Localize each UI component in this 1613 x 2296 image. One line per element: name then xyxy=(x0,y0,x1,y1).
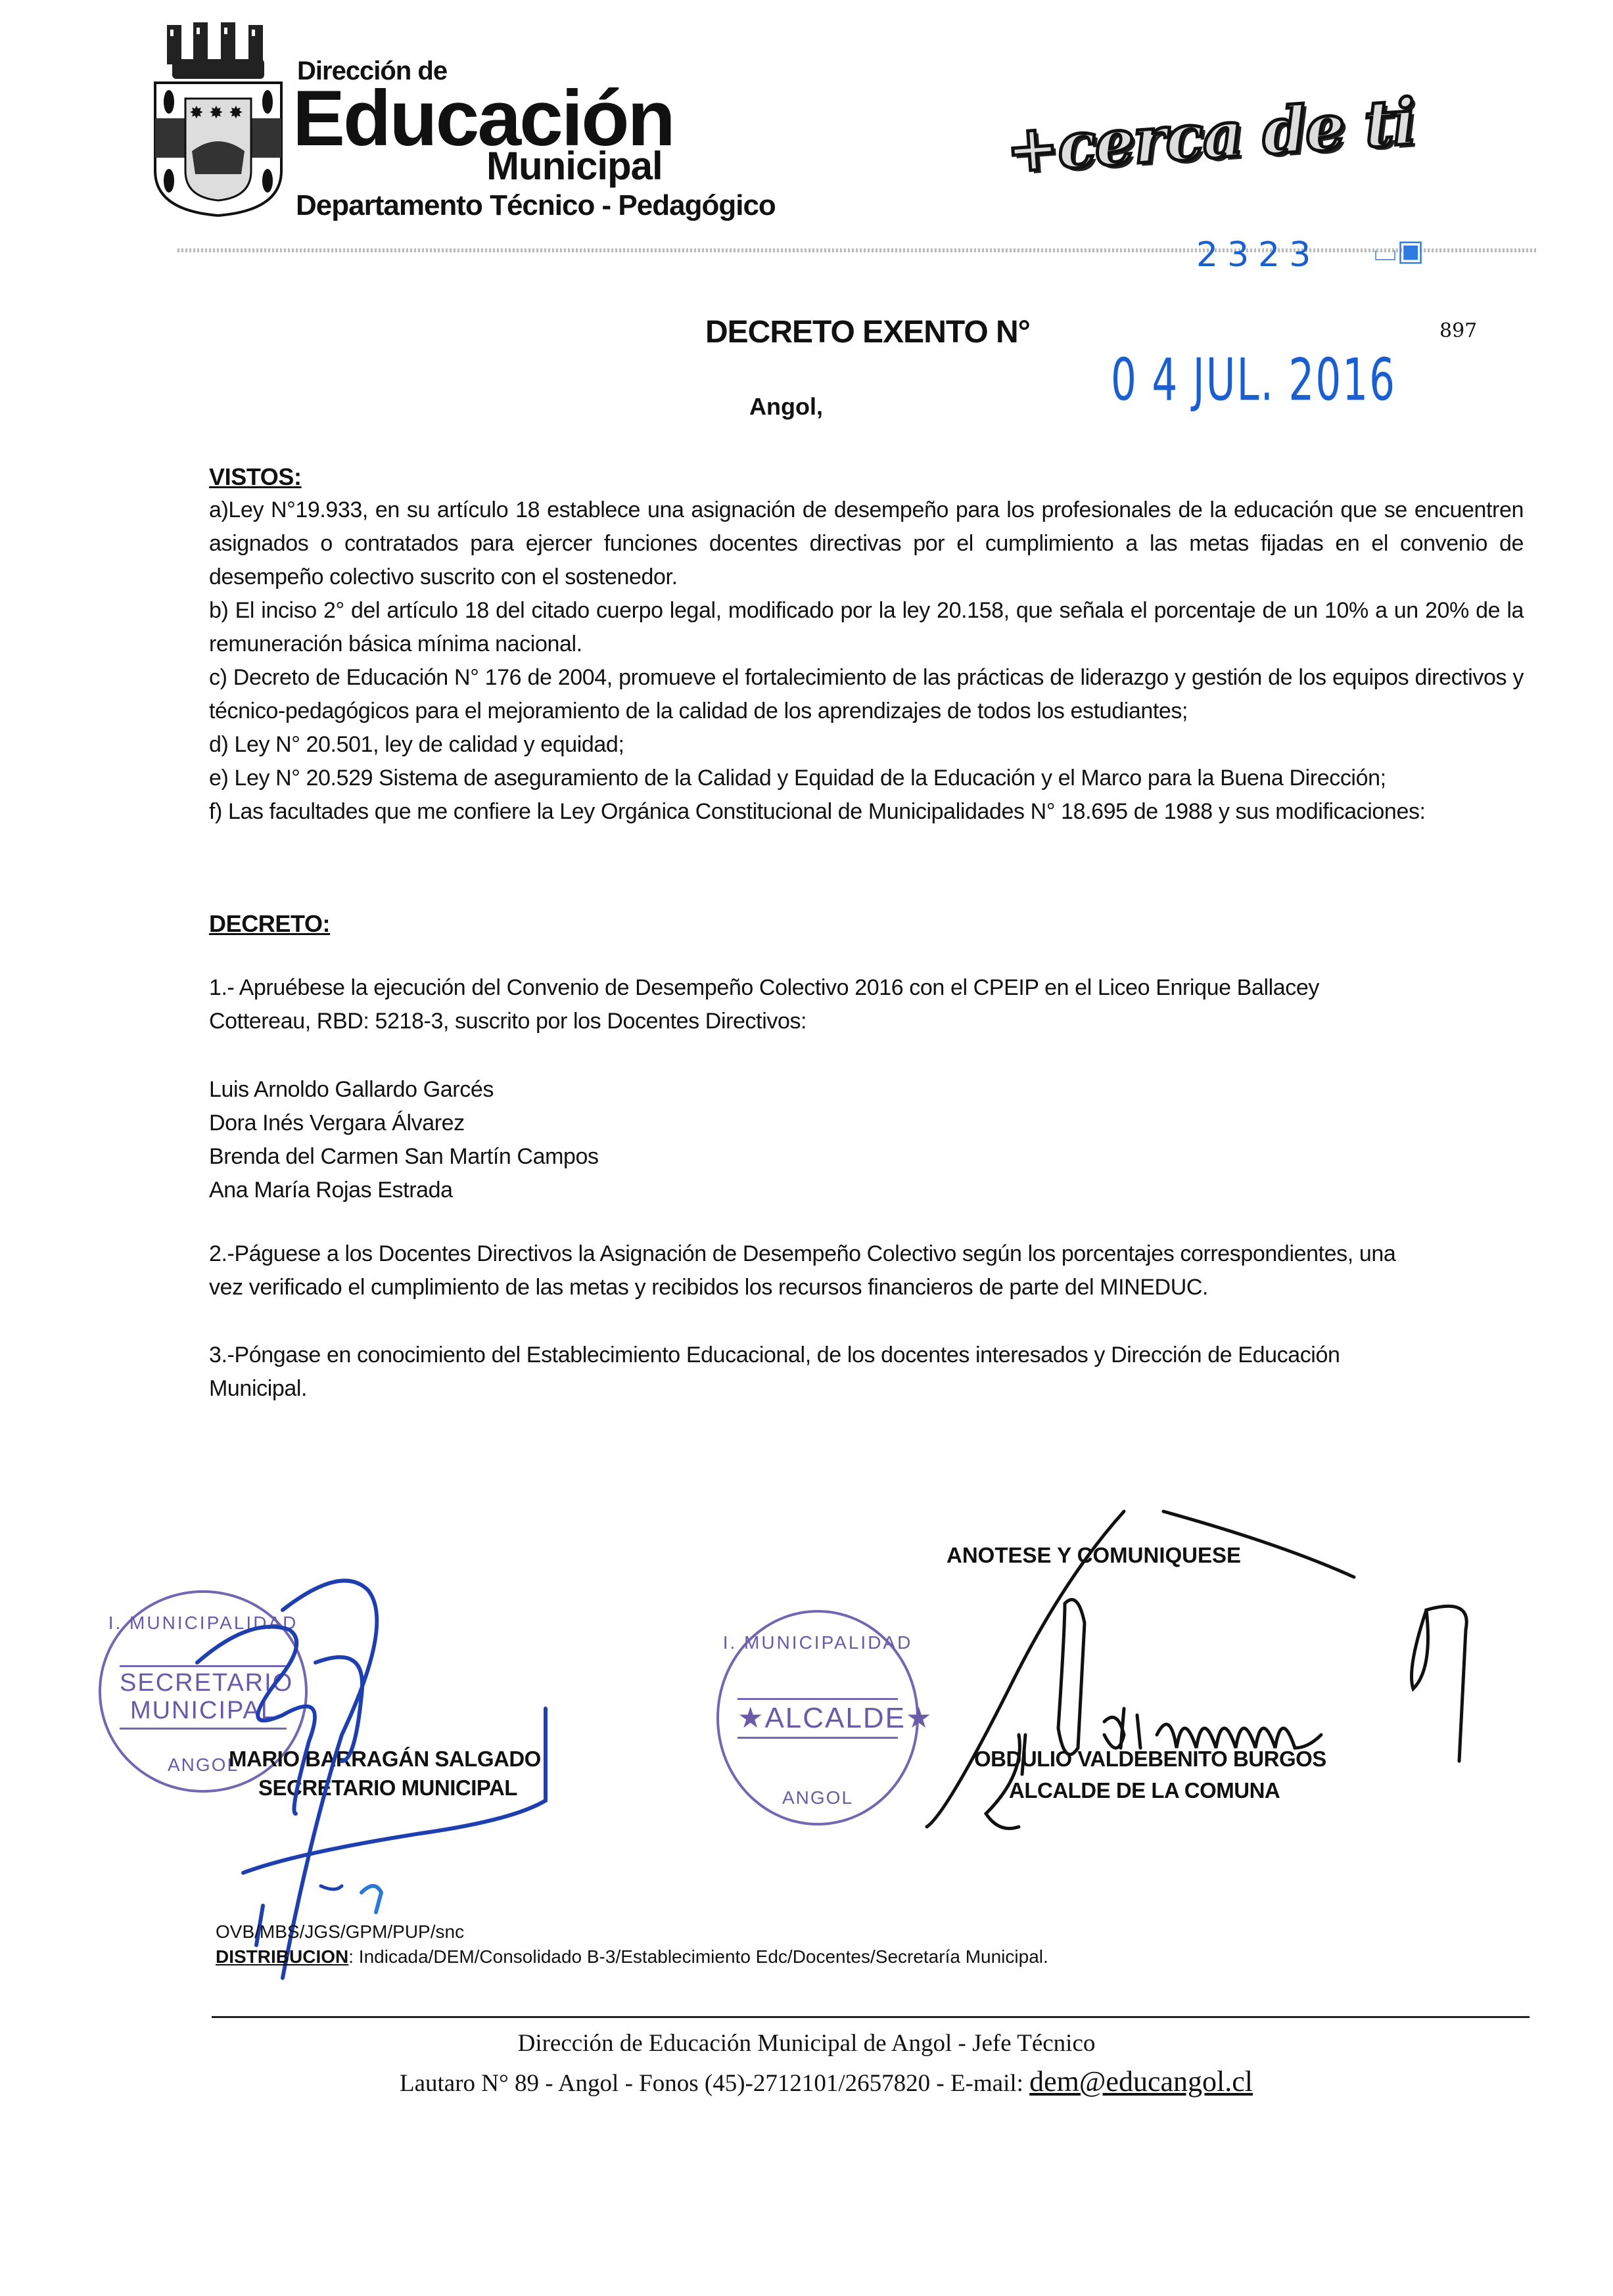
decreto-heading: DECRETO: xyxy=(209,910,1524,938)
header-department: Departamento Técnico - Pedagógico xyxy=(296,189,776,222)
seal-mid-line: MUNICIPAL xyxy=(120,1697,287,1725)
footer-email-link[interactable]: dem@educangol.cl xyxy=(1029,2065,1253,2098)
decreto-item-3: 3.-Póngase en conocimiento del Estableci… xyxy=(209,1339,1524,1406)
seal-top-text: I. MUNICIPALIDAD xyxy=(101,1613,305,1634)
visto-item: a)Ley N°19.933, en su artículo 18 establ… xyxy=(209,494,1524,594)
decreto-item-2: 2.-Páguese a los Docentes Directivos la … xyxy=(209,1237,1524,1304)
footer-divider xyxy=(212,2016,1530,2018)
footer-address: Lautaro N° 89 - Angol - Fonos (45)-27121… xyxy=(400,2070,1029,2097)
svg-text:✸: ✸ xyxy=(189,103,204,123)
municipal-crest-icon: ✸✸✸ xyxy=(152,20,284,217)
decreto-item-3-line1: 3.-Póngase en conocimiento del Estableci… xyxy=(209,1339,1524,1372)
slogan-logo: +cerca de ti xyxy=(1004,84,1417,187)
mayor-seal: I. MUNICIPALIDAD ★ALCALDE★ ANGOL xyxy=(716,1610,919,1825)
seal-middle-text: ★ALCALDE★ xyxy=(737,1698,898,1739)
visto-item: e) Ley N° 20.529 Sistema de aseguramient… xyxy=(209,762,1524,795)
footer-contact: Lautaro N° 89 - Angol - Fonos (45)-27121… xyxy=(0,2065,1613,2098)
distribution-text: : Indicada/DEM/Consolidado B-3/Estableci… xyxy=(348,1946,1048,1967)
svg-text:✸: ✸ xyxy=(229,103,243,123)
visto-item: c) Decreto de Educación N° 176 de 2004, … xyxy=(209,661,1524,728)
header-line-municipal: Municipal xyxy=(486,143,663,189)
seal-mid-line: SECRETARIO xyxy=(120,1670,287,1697)
mayor-role: ALCALDE DE LA COMUNA xyxy=(1009,1778,1280,1803)
distribution-line: DISTRIBUCION: Indicada/DEM/Consolidado B… xyxy=(216,1946,1048,1967)
handwritten-folio: 897 xyxy=(1439,319,1477,342)
vistos-section: VISTOS: a)Ley N°19.933, en su artículo 1… xyxy=(209,460,1524,829)
seal-top-text: I. MUNICIPALIDAD xyxy=(719,1632,916,1653)
decreto-item-1-line1: 1.- Apruébese la ejecución del Convenio … xyxy=(209,971,1524,1005)
director-name: Ana María Rojas Estrada xyxy=(209,1174,1524,1207)
stamp-mark-icon: ⌴▣ xyxy=(1374,234,1424,267)
directors-list: Luis Arnoldo Gallardo Garcés Dora Inés V… xyxy=(209,1073,1524,1207)
typist-initials: OVB/MBS/JGS/GPM/PUP/snc xyxy=(216,1921,464,1942)
director-name: Brenda del Carmen San Martín Campos xyxy=(209,1140,1524,1174)
distribution-label: DISTRIBUCION xyxy=(216,1946,348,1967)
header-divider xyxy=(177,248,1538,252)
decree-title: DECRETO EXENTO N° xyxy=(705,314,1030,350)
director-name: Luis Arnoldo Gallardo Garcés xyxy=(209,1073,1524,1107)
secretary-role: SECRETARIO MUNICIPAL xyxy=(258,1776,517,1801)
visto-item: f) Las facultades que me confiere la Ley… xyxy=(209,795,1524,829)
svg-text:✸: ✸ xyxy=(209,103,223,123)
decree-place: Angol, xyxy=(749,393,823,421)
decreto-item-2-line2: vez verificado el cumplimiento de las me… xyxy=(209,1271,1524,1304)
decreto-item-3-line2: Municipal. xyxy=(209,1372,1524,1406)
visto-item: d) Ley N° 20.501, ley de calidad y equid… xyxy=(209,728,1524,762)
secretary-name: MARIO BARRAGÁN SALGADO xyxy=(229,1747,541,1772)
footer-office: Dirección de Educación Municipal de Ango… xyxy=(0,2029,1613,2057)
director-name: Dora Inés Vergara Álvarez xyxy=(209,1107,1524,1140)
visto-item: b) El inciso 2° del artículo 18 del cita… xyxy=(209,594,1524,661)
seal-middle-text: SECRETARIO MUNICIPAL xyxy=(120,1665,287,1730)
decreto-item-2-line1: 2.-Páguese a los Docentes Directivos la … xyxy=(209,1237,1524,1271)
closing-formula: ANOTESE Y COMUNIQUESE xyxy=(947,1543,1241,1568)
mayor-name: OBDULIO VALDEBENITO BURGOS xyxy=(974,1747,1326,1772)
registry-number-stamp: 2323 xyxy=(1196,235,1320,275)
date-stamp: 0 4 JUL. 2016 xyxy=(1111,347,1396,415)
decreto-item-1-line2: Cottereau, RBD: 5218-3, suscrito por los… xyxy=(209,1005,1524,1038)
seal-bottom-text: ANGOL xyxy=(719,1787,916,1808)
vistos-heading: VISTOS: xyxy=(209,460,1524,494)
decreto-item-1: 1.- Apruébese la ejecución del Convenio … xyxy=(209,971,1524,1038)
